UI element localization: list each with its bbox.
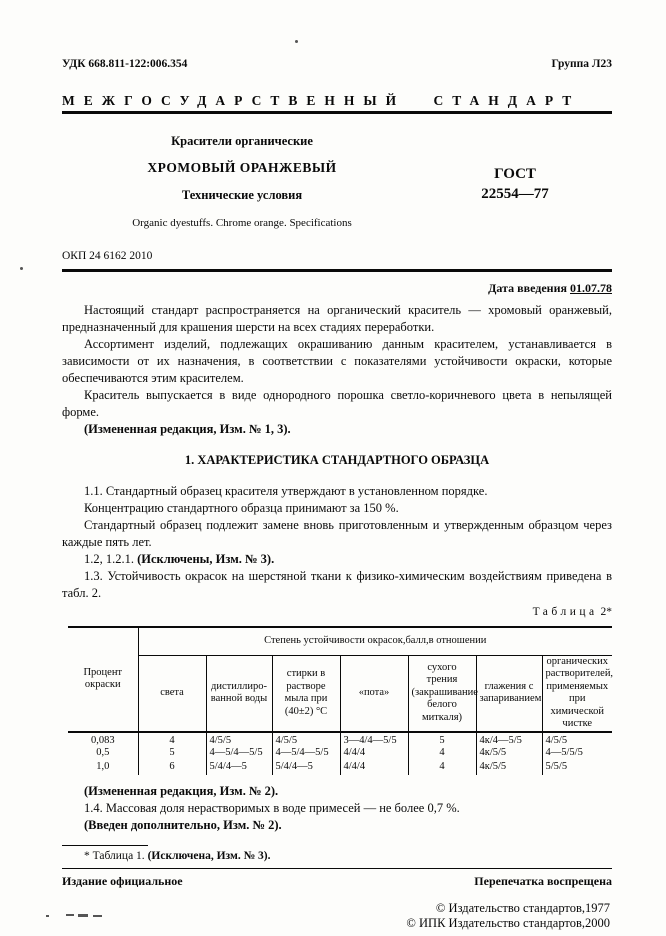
footnote: * Таблица 1. (Исключена, Изм. № 3). [62,850,612,862]
okp-code: ОКП 24 6162 2010 [62,250,612,262]
table-cell: 1,0 [68,761,138,775]
after-table-text: (Измененная редакция, Изм. № 2). 1.4. Ма… [62,783,612,834]
official-edition-label: Издание официальное [62,874,183,889]
table-cell: 5/4/4—5 [272,761,340,775]
heading-rule [62,111,612,114]
column-header: Процент окраски [68,627,138,732]
paragraph: 1.3. Устойчивость окрасок на шерстяной т… [62,568,612,602]
table-cell: 0,083 [68,732,138,748]
table-row: 0,5 5 4—5/4—5/5 4—5/4—5/5 4/4/4 4 4к/5/5… [68,747,612,761]
table-cell: 4к/5/5 [476,747,542,761]
table-row: 0,083 4 4/5/5 4/5/5 3—4/4—5/5 5 4к/4—5/5… [68,732,612,748]
column-header: сухого трения (закрашивание белого митка… [408,655,476,732]
title-category: Красители органические [62,134,422,149]
table-cell: 3—4/4—5/5 [340,732,408,748]
table-cell: 4—5/5/5 [542,747,612,761]
column-header: органических растворителей, применяемых … [542,655,612,732]
table-caption-label: Таблица [533,606,598,618]
udk-code: УДК 668.811-122:006.354 [62,58,187,70]
section-1-heading: 1. ХАРАКТЕРИСТИКА СТАНДАРТНОГО ОБРАЗЦА [62,453,612,468]
column-header: «пота» [340,655,408,732]
copyright-line: © Издательство стандартов,1977 [62,901,610,916]
paragraph: 1.2, 1.2.1. (Исключены, Изм. № 3). [62,551,612,568]
footnote-prefix: * Таблица 1. [84,850,148,862]
footnote-excluded: (Исключена, Изм. № 3). [148,850,271,862]
table-cell: 5/4/4—5 [206,761,272,775]
table-cell: 4к/5/5 [476,761,542,775]
table-cell: 5/5/5 [542,761,612,775]
title-name: ХРОМОВЫЙ ОРАНЖЕВЫЙ [62,160,422,176]
durability-table: Процент окраски Степень устойчивости окр… [68,626,612,775]
paragraph: 1.4. Массовая доля нерастворимых в воде … [62,800,612,817]
table-cell: 5 [138,747,206,761]
column-header: дистиллиро- ванной воды [206,655,272,732]
table-cell: 4/4/4 [340,747,408,761]
intro-text: Настоящий стандарт распространяется на о… [62,302,612,438]
table-caption-number: 2* [601,606,613,618]
scan-artifact [46,915,49,917]
table-cell: 4к/4—5/5 [476,732,542,748]
title-subtitle: Технические условия [62,188,422,203]
table-cell: 6 [138,761,206,775]
column-header: света [138,655,206,732]
paragraph: 1.1. Стандартный образец красителя утвер… [62,483,612,500]
table-row: 1,0 6 5/4/4—5 5/4/4—5 4/4/4 4 4к/5/5 5/5… [68,761,612,775]
footer: Издание официальное Перепечатка воспреще… [62,874,612,889]
gost-number-block: ГОСТ 22554—77 [440,164,590,204]
document-header: УДК 668.811-122:006.354 Группа Л23 [62,58,612,70]
paragraph: Ассортимент изделий, подлежащих окрашива… [62,336,612,387]
separator-rule [62,269,612,272]
table-cell: 4—5/4—5/5 [272,747,340,761]
date-label: Дата введения [488,281,567,295]
span-header: Степень устойчивости окрасок,балл,в отно… [138,627,612,655]
clause-number: 1.2, 1.2.1. [84,552,137,566]
copyright-block: © Издательство стандартов,1977 © ИПК Изд… [62,901,612,931]
paragraph: Концентрацию стандартного образца приним… [62,500,612,517]
table-cell: 4/5/5 [272,732,340,748]
title-translation: Organic dyestuffs. Chrome orange. Specif… [62,217,422,229]
amendment-note: (Измененная редакция, Изм. № 2). [62,783,612,800]
paragraph: Стандартный образец подлежит замене внов… [62,517,612,551]
gost-number: 22554—77 [440,184,590,204]
excluded-note: (Исключены, Изм. № 3). [137,552,274,566]
column-header: глажения с запариванием [476,655,542,732]
table-cell: 5 [408,732,476,748]
footer-rule [62,868,612,869]
table-cell: 4 [408,761,476,775]
section-1-text: 1.1. Стандартный образец красителя утвер… [62,483,612,602]
copyright-line: © ИПК Издательство стандартов,2000 [62,916,610,931]
table-cell: 0,5 [68,747,138,761]
paragraph: Настоящий стандарт распространяется на о… [62,302,612,336]
paragraph: Краситель выпускается в виде однородного… [62,387,612,421]
title-block: Красители органические ХРОМОВЫЙ ОРАНЖЕВЫ… [62,134,612,234]
table-cell: 4 [408,747,476,761]
title-left-column: Красители органические ХРОМОВЫЙ ОРАНЖЕВЫ… [62,134,422,229]
reprint-prohibited-label: Перепечатка воспрещена [474,874,612,889]
table-cell: 4/5/5 [542,732,612,748]
date-value: 01.07.78 [570,281,612,295]
standard-type-heading: МЕЖГОСУДАРСТВЕННЫЙ СТАНДАРТ [62,93,612,109]
table-cell: 4/5/5 [206,732,272,748]
added-note: (Введен дополнительно, Изм. № 2). [62,817,612,834]
table-cell: 4 [138,732,206,748]
introduction-date: Дата введения 01.07.78 [62,281,612,296]
footnote-rule [62,845,148,846]
table-cell: 4—5/4—5/5 [206,747,272,761]
table-cell: 4/4/4 [340,761,408,775]
column-header: стирки в растворе мыла при (40±2) °С [272,655,340,732]
scan-artifact [20,267,23,270]
amendment-note: (Измененная редакция, Изм. № 1, 3). [62,421,612,438]
document-page: УДК 668.811-122:006.354 Группа Л23 МЕЖГО… [0,0,666,936]
table-caption: Таблица 2* [62,606,612,618]
gost-label: ГОСТ [440,164,590,184]
group-code: Группа Л23 [551,58,612,70]
